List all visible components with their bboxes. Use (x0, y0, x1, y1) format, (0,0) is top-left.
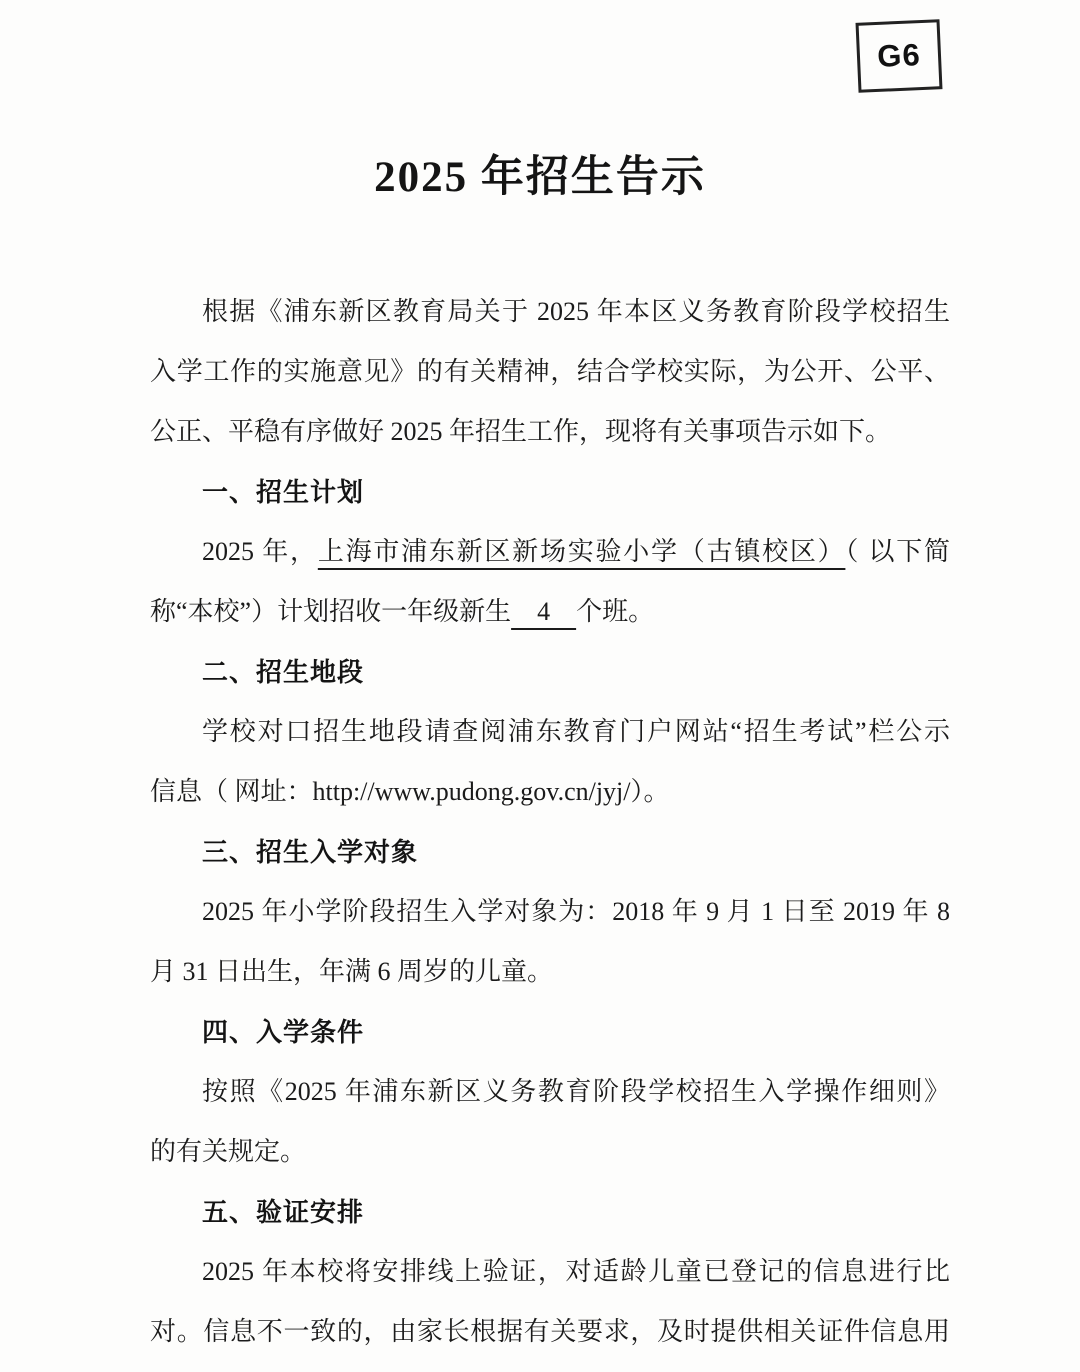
body-line: 2025 年，上海市浦东新区新场实验小学（古镇校区）（ 以下简 (150, 522, 950, 582)
body-line: 的有关规定。 (150, 1122, 950, 1182)
text-segment: 公正、平稳有序做好 2025 年招生工作，现将有关事项告示如下。 (150, 417, 891, 446)
section-heading: 五、验证安排 (150, 1182, 950, 1242)
section-heading: 二、招生地段 (150, 642, 950, 702)
text-segment: 信息（ 网址：http://www.pudong.gov.cn/jyj/）。 (150, 777, 670, 806)
section-heading: 四、入学条件 (150, 1002, 950, 1062)
body-line: 2025 年小学阶段招生入学对象为：2018 年 9 月 1 日至 2019 年… (150, 882, 950, 942)
text-segment: 2025 年， (202, 537, 318, 566)
underlined-text: 4 (511, 597, 576, 626)
text-segment: 入学工作的实施意见》的有关精神，结合学校实际，为公开、公平、 (150, 357, 950, 386)
text-segment: 按照《2025 年浦东新区义务教育阶段学校招生入学操作细则》 (202, 1077, 950, 1106)
body-line: 学校对口招生地段请查阅浦东教育门户网站“招生考试”栏公示 (150, 702, 950, 762)
body-line: 根据《浦东新区教育局关于 2025 年本区义务教育阶段学校招生 (150, 282, 950, 342)
text-segment: 三、招生入学对象 (202, 837, 418, 867)
text-segment: 2025 年本校将安排线上验证，对适龄儿童已登记的信息进行比 (202, 1257, 950, 1286)
page-code: G6 (877, 37, 922, 75)
body-line: 月 31 日出生，年满 6 周岁的儿童。 (150, 942, 950, 1002)
text-segment: 的有关规定。 (150, 1137, 306, 1166)
text-segment: 一、招生计划 (202, 477, 364, 507)
text-segment: 月 31 日出生，年满 6 周岁的儿童。 (150, 957, 553, 986)
text-segment: 学校对口招生地段请查阅浦东教育门户网站“招生考试”栏公示 (202, 717, 950, 746)
text-segment: 五、验证安排 (202, 1197, 364, 1227)
body-line: 按照《2025 年浦东新区义务教育阶段学校招生入学操作细则》 (150, 1062, 950, 1122)
text-segment: 四、入学条件 (202, 1017, 364, 1047)
section-heading: 一、招生计划 (150, 462, 950, 522)
body-line: 对。信息不一致的，由家长根据有关要求，及时提供相关证件信息用 (150, 1302, 950, 1362)
page-code-box: G6 (856, 19, 943, 93)
document-page: G6 2025 年招生告示 根据《浦东新区教育局关于 2025 年本区义务教育阶… (0, 0, 1080, 1372)
body-line: 称“本校”）计划招收一年级新生 4 个班。 (150, 582, 950, 642)
section-heading: 三、招生入学对象 (150, 822, 950, 882)
document-body: 根据《浦东新区教育局关于 2025 年本区义务教育阶段学校招生入学工作的实施意见… (150, 282, 950, 1362)
body-line: 入学工作的实施意见》的有关精神，结合学校实际，为公开、公平、 (150, 342, 950, 402)
text-segment: （ 以下简 (845, 537, 950, 566)
text-segment: 对。信息不一致的，由家长根据有关要求，及时提供相关证件信息用 (150, 1317, 950, 1346)
text-segment: 个班。 (576, 597, 654, 626)
text-segment: 称“本校”）计划招收一年级新生 (150, 597, 511, 626)
body-line: 2025 年本校将安排线上验证，对适龄儿童已登记的信息进行比 (150, 1242, 950, 1302)
body-line: 公正、平稳有序做好 2025 年招生工作，现将有关事项告示如下。 (150, 402, 950, 462)
body-line: 信息（ 网址：http://www.pudong.gov.cn/jyj/）。 (150, 762, 950, 822)
text-segment: 2025 年小学阶段招生入学对象为：2018 年 9 月 1 日至 2019 年… (202, 897, 950, 926)
underlined-text: 上海市浦东新区新场实验小学（古镇校区） (318, 537, 846, 566)
text-segment: 二、招生地段 (202, 657, 364, 687)
text-segment: 根据《浦东新区教育局关于 2025 年本区义务教育阶段学校招生 (202, 297, 950, 326)
